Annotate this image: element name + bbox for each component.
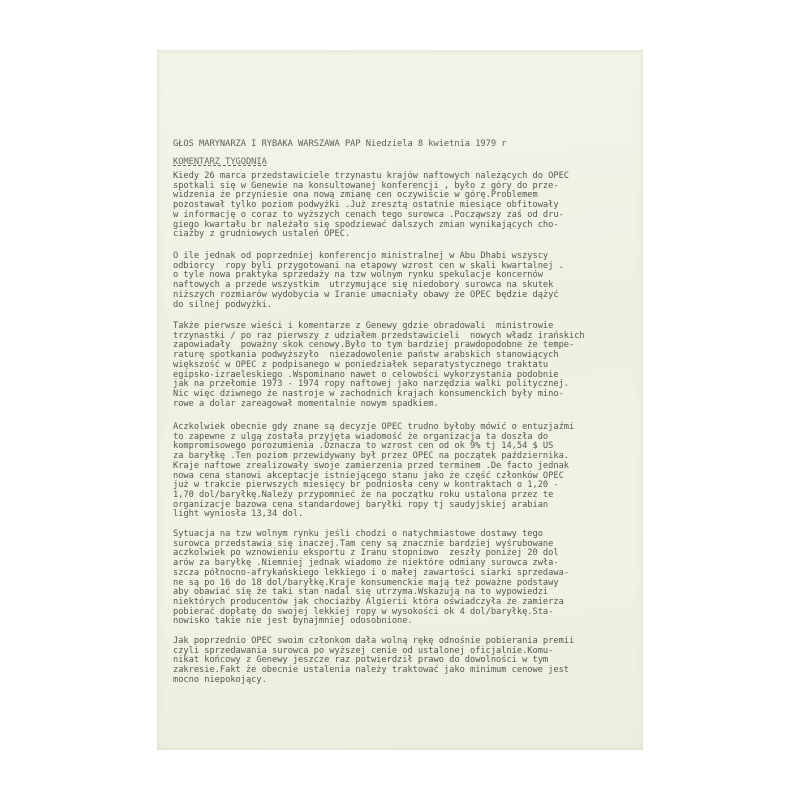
text-line: rowe a dolar zareagował momentalnie nowy… [173, 400, 585, 410]
section-title: KOMENTARZ TYGODNIA [173, 158, 267, 168]
paragraph-3: Także pierwsze wieści i komentarze z Gen… [173, 322, 585, 409]
text-line: mocno niepokojący. [173, 676, 574, 686]
document-header: GŁOS MARYNARZA I RYBAKA WARSZAWA PAP Nie… [173, 140, 506, 150]
text-line: do silnej podwyżki. [173, 301, 564, 311]
paragraph-5: Sytuacja na tzw wolnym rynku jeśli chodz… [173, 530, 569, 627]
text-line: nowisko takie nie jest bynajmniej odosob… [173, 617, 569, 627]
text-line: light wyniosła 13,34 dol. [173, 510, 574, 520]
paragraph-6: Jak poprzednio OPEC swoim członkom dała … [173, 637, 574, 686]
paragraph-2: O ile jednak od poprzedniej konferencjo … [173, 252, 564, 310]
text-line: ciażby z grudniowych ustaleń OPEC. [173, 230, 569, 240]
paragraph-1: Kiedy 26 marca przedstawiciele trzynastu… [173, 172, 569, 240]
paragraph-4: Aczkolwiek obecnie gdy znane są decyzje … [173, 423, 574, 520]
